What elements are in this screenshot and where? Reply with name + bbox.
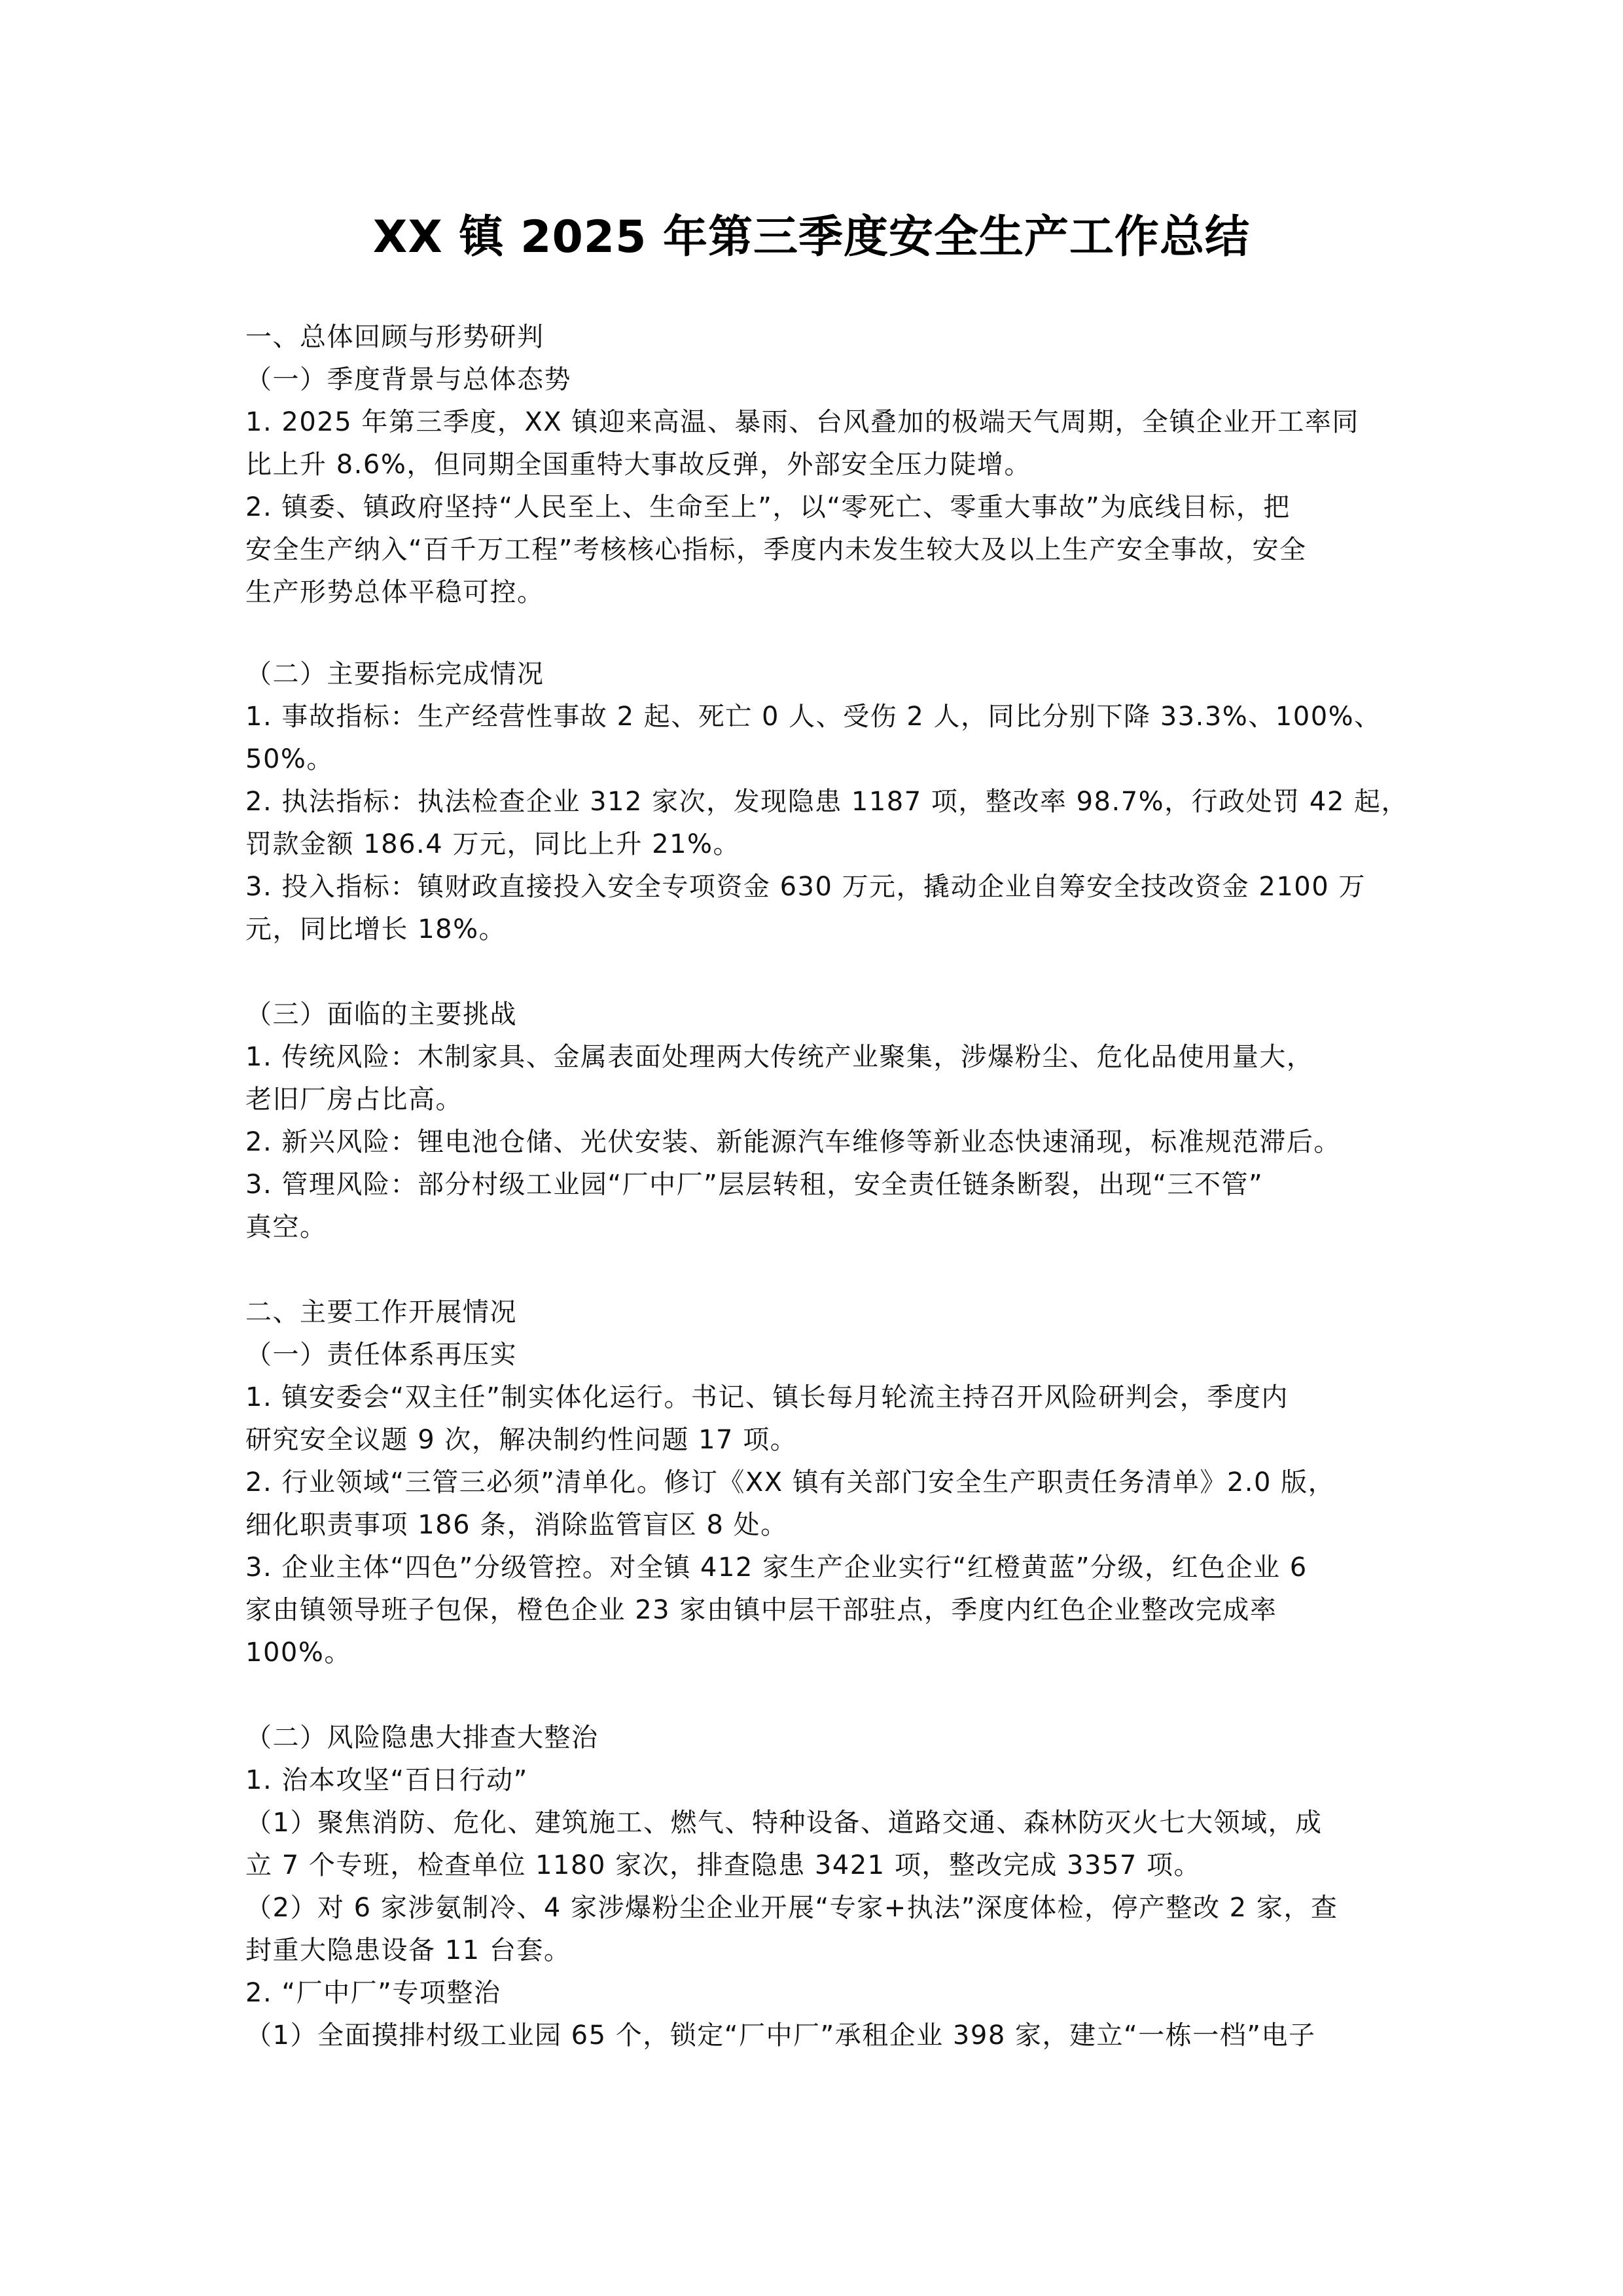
paragraph-line: 比上升 8.6%，但同期全国重特大事故反弹，外部安全压力陡增。: [245, 445, 1384, 484]
paragraph-line: 1. 2025 年第三季度，XX 镇迎来高温、暴雨、台风叠加的极端天气周期，全镇…: [245, 403, 1384, 442]
paragraph-line: 元，同比增长 18%。: [245, 910, 1384, 949]
paragraph-line: 2. 镇委、镇政府坚持“人民至上、生命至上”，以“零死亡、零重大事故”为底线目标…: [245, 488, 1384, 527]
paragraph-line: 罚款金额 186.4 万元，同比上升 21%。: [245, 825, 1384, 864]
paragraph-line: 3. 企业主体“四色”分级管控。对全镇 412 家生产企业实行“红橙黄蓝”分级，…: [245, 1548, 1384, 1587]
subsection-heading: （二）主要指标完成情况: [245, 655, 1384, 694]
paragraph-line: （2）对 6 家涉氨制冷、4 家涉爆粉尘企业开展“专家+执法”深度体检，停产整改…: [245, 1888, 1384, 1928]
document-title: XX 镇 2025 年第三季度安全生产工作总结: [0, 208, 1623, 267]
section-heading-2: 二、主要工作开展情况: [245, 1293, 1384, 1332]
paragraph-line: 立 7 个专班，检查单位 1180 家次，排查隐患 3421 项，整改完成 33…: [245, 1846, 1384, 1885]
paragraph-line: 3. 管理风险：部分村级工业园“厂中厂”层层转租，安全责任链条断裂，出现“三不管…: [245, 1165, 1384, 1204]
subsection-heading: （二）风险隐患大排查大整治: [245, 1718, 1384, 1757]
document-page: XX 镇 2025 年第三季度安全生产工作总结 一、总体回顾与形势研判 （一）季…: [0, 0, 1623, 2296]
paragraph-line: 100%。: [245, 1633, 1384, 1672]
paragraph-line: 真空。: [245, 1208, 1384, 1247]
paragraph-line: 研究安全议题 9 次，解决制约性问题 17 项。: [245, 1420, 1384, 1460]
paragraph-line: （1）全面摸排村级工业园 65 个，锁定“厂中厂”承租企业 398 家，建立“一…: [245, 2016, 1384, 2055]
paragraph-line: 1. 治本攻坚“百日行动”: [245, 1761, 1384, 1800]
paragraph-line: 1. 镇安委会“双主任”制实体化运行。书记、镇长每月轮流主持召开风险研判会，季度…: [245, 1378, 1384, 1417]
paragraph-line: 2. 执法指标：执法检查企业 312 家次，发现隐患 1187 项，整改率 98…: [245, 782, 1384, 821]
paragraph-line: 1. 传统风险：木制家具、金属表面处理两大传统产业聚集，涉爆粉尘、危化品使用量大…: [245, 1037, 1384, 1077]
paragraph-line: 家由镇领导班子包保，橙色企业 23 家由镇中层干部驻点，季度内红色企业整改完成率: [245, 1590, 1384, 1630]
paragraph-line: 老旧厂房占比高。: [245, 1080, 1384, 1119]
paragraph-line: 生产形势总体平稳可控。: [245, 573, 1384, 612]
paragraph-line: 3. 投入指标：镇财政直接投入安全专项资金 630 万元，撬动企业自筹安全技改资…: [245, 867, 1384, 906]
paragraph-line: 2. 新兴风险：锂电池仓储、光伏安装、新能源汽车维修等新业态快速涌现，标准规范滞…: [245, 1122, 1384, 1162]
paragraph-line: 细化职责事项 186 条，消除监管盲区 8 处。: [245, 1505, 1384, 1545]
subsection-heading: （三）面临的主要挑战: [245, 995, 1384, 1034]
paragraph-line: 1. 事故指标：生产经营性事故 2 起、死亡 0 人、受伤 2 人，同比分别下降…: [245, 697, 1384, 736]
subsection-heading: （一）责任体系再压实: [245, 1335, 1384, 1374]
subsection-heading: （一）季度背景与总体态势: [245, 360, 1384, 399]
paragraph-line: 2. “厂中厂”专项整治: [245, 1973, 1384, 2013]
paragraph-line: 2. 行业领域“三管三必须”清单化。修订《XX 镇有关部门安全生产职责任务清单》…: [245, 1463, 1384, 1502]
paragraph-line: 安全生产纳入“百千万工程”考核核心指标，季度内未发生较大及以上生产安全事故，安全: [245, 530, 1384, 569]
paragraph-line: 封重大隐患设备 11 台套。: [245, 1931, 1384, 1970]
section-heading-1: 一、总体回顾与形势研判: [245, 317, 1384, 357]
paragraph-line: （1）聚焦消防、危化、建筑施工、燃气、特种设备、道路交通、森林防灭火七大领域，成: [245, 1803, 1384, 1842]
paragraph-line: 50%。: [245, 740, 1384, 779]
